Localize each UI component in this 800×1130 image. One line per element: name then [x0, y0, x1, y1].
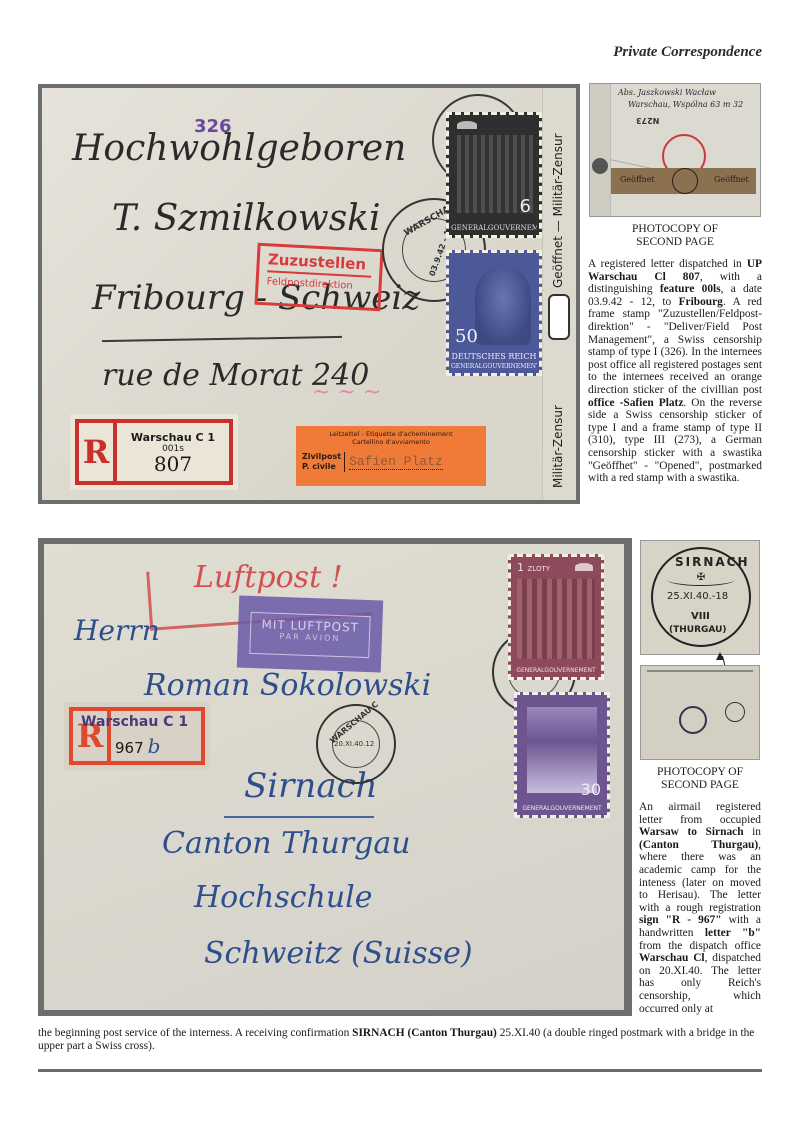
- address-line-5: Hochschule: [194, 880, 373, 915]
- band-text-left: Geöffnet: [620, 175, 655, 184]
- eagle-icon: [575, 563, 593, 571]
- censor-strip-text-lower: Militär-Zensur: [551, 405, 565, 488]
- stamp-value: 30: [581, 780, 601, 799]
- postmark-date: 20.XI.40.12: [334, 740, 374, 748]
- swiss-cross-bridge: ✠: [667, 573, 735, 586]
- zuzustellen-frame-stamp: Zuzustellen Feldpostdirektion: [254, 243, 383, 312]
- cover-2-reverse-photocopy: [640, 665, 760, 760]
- arrow-head-icon: [716, 652, 724, 660]
- address-underline: [102, 336, 342, 342]
- stamp-30-grosz: 30 GENERALGOUVERNEMENT: [514, 692, 610, 818]
- sender-line: [647, 670, 753, 672]
- stamp-value: 6: [520, 196, 531, 217]
- airmail-handwritten: Luftpost !: [194, 560, 343, 595]
- address-line-2: Roman Sokolowski: [144, 668, 431, 703]
- airmail-cachet: MIT LUFTPOST PAR AVION: [237, 596, 383, 673]
- registration-label: R Warschau C 1 001s 807: [70, 414, 238, 490]
- stamp-issuer: GENERALGOUVERNEMENT: [451, 224, 537, 232]
- stamp-issuer-line-1: DEUTSCHES REICH: [451, 352, 537, 361]
- address-line-4: Canton Thurgau: [162, 826, 411, 861]
- address-line-1: Hochwohlgeboren: [72, 128, 406, 169]
- stamp-value-number: 1: [517, 561, 524, 574]
- stamp-value: 50: [455, 326, 478, 347]
- sirnach-postmark-enlargement: SIRNACH ✠ 25.XI.40.-18 VIII (THURGAU): [640, 540, 760, 655]
- warschau-postmark: WARSCHAU C 20.XI.40.12: [316, 704, 396, 784]
- portrait-engraving: [475, 267, 531, 345]
- stamp-50-grosz: 50 DEUTSCHES REICH GENERALGOUVERNEMENT: [446, 250, 542, 376]
- pink-pencil-mark: ~ ~ ~: [312, 380, 381, 405]
- swiss-censor-side-strip: [590, 84, 611, 217]
- german-censor-band: Geöffnet Geöffnet: [610, 168, 756, 194]
- registration-number: 967: [115, 739, 144, 757]
- cover-1-photo: 326 Hochwohlgeboren T. Szmilkowski Fribo…: [38, 84, 580, 504]
- sticker-line-1: Leitzettel - Etiquette d'acheminement: [302, 430, 480, 438]
- registration-handwritten-letter: b: [148, 734, 161, 758]
- stamp-1-zloty: 1 ZLOTY GENERALGOUVERNEMENT: [508, 554, 604, 680]
- cover-1-reverse-photocopy: Abs. Jaszkowski Wacław Warschau, Wspólna…: [589, 83, 761, 217]
- eagle-icon: [457, 121, 477, 129]
- postmark-top-text: SIRNACH: [675, 555, 750, 569]
- stamp-issuer-line-2: GENERALGOUVERNEMENT: [451, 363, 537, 370]
- postmark-date: 25.XI.40.-18: [667, 591, 728, 602]
- postmark-bottom-text: (THURGAU): [669, 625, 727, 635]
- cover-2-description: An airmail registered letter from occupi…: [639, 801, 761, 1015]
- sticker-zivilpost: Zivilpost: [302, 452, 341, 462]
- registration-number: 807: [154, 454, 192, 474]
- cover-2-description-continuation: the beginning post service of the intern…: [38, 1027, 762, 1052]
- stamp-6-grosz: 6 GENERALGOUVERNEMENT: [446, 112, 542, 238]
- eagle-censor-seal: [679, 706, 707, 734]
- registration-label: R Warschau C 1 967 b: [64, 702, 210, 770]
- censor-strip-text-upper: Geöffnet — Militär-Zensur: [551, 133, 565, 288]
- stamp-issuer: GENERALGOUVERNEMENT: [513, 667, 599, 674]
- palace-engraving: [517, 579, 595, 659]
- sticker-p-civile: P. civile: [302, 462, 341, 472]
- eagle-seal-icon: [672, 168, 698, 194]
- sticker-destination: Safien Platz: [349, 454, 443, 470]
- registration-office: Warschau C 1: [131, 431, 215, 444]
- page-title: Private Correspondence: [613, 44, 762, 61]
- postmark-number: VIII: [691, 611, 710, 622]
- cover-2-photo: Luftpost ! MIT LUFTPOST PAR AVION Herrn …: [38, 538, 632, 1016]
- address-line-1: Herrn: [74, 614, 160, 647]
- address-line-6: Schweitz (Suisse): [204, 936, 473, 971]
- band-text-right: Geöffnet: [714, 175, 749, 184]
- page-bottom-rule: [38, 1069, 762, 1072]
- caption-line-1: PHOTOCOPY OF: [640, 766, 760, 779]
- registration-r-mark: R: [79, 423, 117, 481]
- address-underline: [224, 816, 374, 818]
- sirnach-small-postmark: [725, 702, 745, 722]
- cover-2-envelope: Luftpost ! MIT LUFTPOST PAR AVION Herrn …: [44, 544, 624, 1010]
- cover-1-description: A registered letter dispatched in UP War…: [588, 258, 762, 485]
- caption-line-1: PHOTOCOPY OF: [589, 223, 761, 236]
- swiss-cross-icon: [592, 158, 608, 174]
- cover-1-photocopy-caption: PHOTOCOPY OF SECOND PAGE: [589, 223, 761, 249]
- address-line-2: T. Szmilkowski: [112, 198, 381, 239]
- cover-2-photocopy-caption: PHOTOCOPY OF SECOND PAGE: [640, 766, 760, 792]
- caption-line-2: SECOND PAGE: [640, 779, 760, 792]
- stamp-issuer: GENERALGOUVERNEMENT: [519, 805, 605, 812]
- swiss-cross-emblem: [548, 294, 570, 340]
- frame-stamp-line-1: Zuzustellen: [267, 250, 372, 277]
- stamp-value: 1 ZLOTY: [517, 561, 550, 574]
- registration-office: Warschau C 1: [81, 714, 188, 730]
- stamp-unit: ZLOTY: [528, 565, 551, 573]
- frame-stamp-line-2: Feldpostdirektion: [266, 276, 370, 292]
- swiss-censor-strip: Geöffnet — Militär-Zensur Militär-Zensur: [542, 88, 576, 500]
- caption-line-2: SECOND PAGE: [589, 236, 761, 249]
- sirnach-postmark: SIRNACH ✠ 25.XI.40.-18 VIII (THURGAU): [651, 547, 751, 647]
- cover-1-envelope: 326 Hochwohlgeboren T. Szmilkowski Fribo…: [42, 88, 576, 500]
- direction-sticker: Leitzettel - Etiquette d'acheminement Ca…: [296, 426, 486, 486]
- sender-line-1: Abs. Jaszkowski Wacław: [618, 88, 716, 97]
- sticker-line-2: Cartellino d'avviamento: [302, 438, 480, 446]
